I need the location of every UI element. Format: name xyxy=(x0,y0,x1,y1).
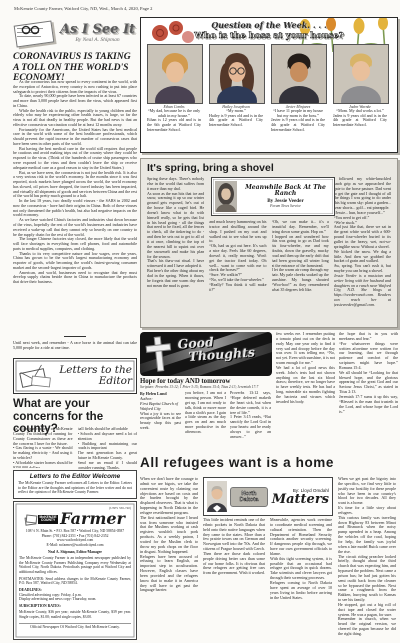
good-thoughts-section: Good Thoughts Hope for today AND tomorro… xyxy=(140,332,398,446)
portrait-photo xyxy=(333,44,389,104)
refugees-middle: North Dakota By: Lloyd Omdahl Matters Th… xyxy=(203,477,333,643)
letters-welcome-body: The McKenzie County Farmer welcomes all … xyxy=(18,481,132,495)
masthead-email: E-Mail: ncfarmer@watfordcitynd.com xyxy=(19,543,131,548)
rates-title: SUBSCRIPTION RATES: xyxy=(19,604,131,609)
column-title: Meanwhile Back At The Ranch xyxy=(240,185,331,198)
divider-rule xyxy=(64,336,86,337)
paragraph: To date, nearly 90,000 people have been … xyxy=(13,94,137,108)
good-thoughts-banner: Good Thoughts xyxy=(140,332,272,376)
gt-column-c: Proverbs 13:12 says, “Hope deferred make… xyxy=(230,391,271,439)
good-thoughts-row: Good Thoughts Hope for today AND tomorro… xyxy=(140,332,398,446)
nd-logo-line2: Dakota xyxy=(231,497,267,503)
letters-welcome-box: Letters to the Editor Welcome The McKenz… xyxy=(13,470,137,499)
spring-columns: Meanwhile Back At The Ranch By Jessie Ve… xyxy=(147,177,391,325)
person-bio: Ethan is 12 years old and is in the 6th … xyxy=(147,118,201,132)
gt-column-right-2: the hope that is in you with meekness an… xyxy=(339,332,398,446)
section-divider xyxy=(13,336,137,337)
question-photo-row: Ethan Combs “My dad, because he is the o… xyxy=(141,41,397,132)
good-thoughts-banner-text: Good Thoughts xyxy=(177,332,255,364)
scripture-line: Scripture: Proverbs 13:12; 1 Peter 3:15;… xyxy=(140,385,272,389)
refugees-middle-columns: This little incident reminds one of the … xyxy=(203,518,333,640)
newspaper-page: McKenzie County Farmer, Watford City, ND… xyxy=(0,0,400,643)
refugees-column-4: When we get past the bigotry into the sp… xyxy=(338,477,396,643)
veeder-byline-box: Meanwhile Back At The Ranch By Jessie Ve… xyxy=(211,177,335,216)
as-i-see-it-title: As I See It xyxy=(58,23,137,36)
gt-column-b: you before, I am not a morning person. W… xyxy=(185,391,226,439)
paragraph: Fortunately for the Americans, the Unite… xyxy=(13,128,137,147)
spring-column-4-text: I followed my white-knuckled knob grip a… xyxy=(334,177,391,274)
logo-mid: COUNTY xyxy=(40,519,57,522)
farmer-masthead-box: (USPS 336-740) McKENZIE COUNTY Farmer 10… xyxy=(13,501,137,640)
gt-byline-block: By Helen Lund Author: First Baptist Chur… xyxy=(140,391,181,411)
concerns-column-2: ball fields should be affordable • Schoo… xyxy=(78,427,138,468)
coronavirus-article-body: As the coronavirus has now spread to eve… xyxy=(13,80,137,332)
person-bio: Jaden is 9 years old and is in the 4th g… xyxy=(333,114,387,128)
paragraph: But, as we have seen, the coronavirus is… xyxy=(13,171,137,200)
as-i-see-it-text: As I See It By Neal A. Shipman xyxy=(58,23,137,43)
veeder-bio: Jessie Veeder is a musician and writer l… xyxy=(334,274,391,308)
paper-sheet xyxy=(26,515,38,524)
letters-welcome-title: Letters to the Editor Welcome xyxy=(18,473,132,480)
person-cell-javier: Javier Minjarez “I have 11 people in my … xyxy=(271,44,325,132)
letters-logo-text: Letters to the Editor xyxy=(54,365,132,387)
paragraph: American, and world, businesses need to … xyxy=(13,271,137,285)
column-service: Forum News Service xyxy=(240,204,331,208)
official-newspaper-line: Official Newspaper Of Watford City And M… xyxy=(19,623,131,630)
person-bio: Hailey is 9 years old and is in the 4th … xyxy=(209,114,263,128)
paragraph: In the last 18 years, two deadly world v… xyxy=(13,199,137,218)
rates-text: McKenzie County, $36 per year; outside M… xyxy=(19,610,131,619)
portrait-photo xyxy=(271,44,327,104)
paragraph: The longer Chinese factories stay closed… xyxy=(13,237,137,251)
paragraph: Thanks to its very competitive nature an… xyxy=(13,252,137,271)
paragraph: While the health risk to the public, esp… xyxy=(13,109,137,128)
as-i-see-it-byline: By Neal A. Shipman xyxy=(58,37,137,43)
spring-headline: It's spring, bring a shovel xyxy=(147,162,391,174)
masthead-postmaster: POSTMASTER: Send address changes to the … xyxy=(19,577,131,586)
jessie-veeder-photo xyxy=(215,181,237,212)
spring-column-section: It's spring, bring a shovel Meanwhile Ba… xyxy=(140,158,398,328)
newspaper-glasses-icon xyxy=(13,19,55,47)
person-cell-ethan: Ethan Combs “My dad, because he is the o… xyxy=(147,44,201,132)
lloyd-omdahl-photo xyxy=(207,481,227,512)
envelope-icon xyxy=(18,363,54,389)
person-bio: Javier is 9 years old and is in the 4th … xyxy=(271,118,325,132)
question-of-week-box: Question of the Week. . . . Who is the b… xyxy=(140,17,398,153)
concerns-column-2-text: ball fields should be affordable • Schoo… xyxy=(78,427,138,471)
veeder-byline-text: Meanwhile Back At The Ranch By Jessie Ve… xyxy=(240,185,331,209)
question-of-week-title: Question of the Week. . . . xyxy=(141,20,397,30)
gt-column-a: By Helen Lund Author: First Baptist Chur… xyxy=(140,391,181,439)
spring-column-1: Spring these days. There's nobody else i… xyxy=(147,177,204,325)
north-dakota-matters-byline-box: North Dakota By: Lloyd Omdahl Matters xyxy=(203,477,333,516)
nd-byline-right: By: Lloyd Omdahl Matters xyxy=(271,488,329,506)
page-header-line: McKenzie County Farmer, Watford City, ND… xyxy=(14,6,274,11)
farmer-logo-name: Farmer xyxy=(60,511,125,527)
eyeglasses-icon xyxy=(21,25,41,35)
newspaper-stack-icon xyxy=(25,514,36,524)
refugees-headline: All refugees want is a home xyxy=(140,455,398,470)
spring-column-4: I followed my white-knuckled knob grip a… xyxy=(334,177,391,325)
refugees-column-3: Meanwhile, agencies work overtime to coo… xyxy=(270,518,332,640)
question-of-week-subtitle: Who is the boss at your house? xyxy=(141,31,397,41)
masthead-publisher-info: The McKenzie County Farmer is an indepen… xyxy=(19,556,131,575)
refugees-column-1: When we don't have the courage to admit … xyxy=(140,477,198,643)
letters-to-editor-logo: Letters to the Editor xyxy=(13,358,137,394)
cross-icon xyxy=(142,334,176,374)
portrait-photo xyxy=(209,44,265,104)
good-thoughts-under-columns: By Helen Lund Author: First Baptist Chur… xyxy=(140,391,272,439)
hope-headline: Hope for today AND tomorrow xyxy=(140,378,272,385)
north-dakota-logo: North Dakota xyxy=(230,487,268,507)
refugees-column-2: This little incident reminds one of the … xyxy=(203,518,265,640)
as-i-see-it-masthead: As I See It By Neal A. Shipman xyxy=(13,15,137,50)
person-cell-jaden: Jaden Warnke “Mom. My dad works a lot.” … xyxy=(333,44,387,132)
refugees-article-body: When we don't have the courage to admit … xyxy=(140,477,398,643)
paragraph: As we have watched China's factories and… xyxy=(13,218,137,237)
paragraph: But having the best medical care in the … xyxy=(13,147,137,171)
farmer-logo: McKENZIE COUNTY Farmer xyxy=(19,511,131,527)
coronavirus-closing-line: Until next week, and remember - A race h… xyxy=(13,341,137,355)
gt-column-a-text: What a joy it was to see recognizable fa… xyxy=(140,412,181,431)
doodle-line xyxy=(17,36,41,37)
mckenzie-county-logo-text: McKENZIE COUNTY xyxy=(38,515,58,524)
letters-logo-line2: Editor xyxy=(54,376,132,387)
gt-column-right-1: few weeks ere. I remember putting a toma… xyxy=(276,332,335,446)
deadline-display: Display advertising and news copy: Thurs… xyxy=(19,597,131,602)
paragraph: As the coronavirus has now spread to eve… xyxy=(13,80,137,94)
concerns-letter-body: As a lifetime resident of McKenzie Count… xyxy=(13,427,137,468)
person-cell-hailey: Hailey Josephson “My mom.” Hailey is 9 y… xyxy=(209,44,263,132)
portrait-photo xyxy=(147,44,203,104)
good-thoughts-left: Good Thoughts Hope for today AND tomorro… xyxy=(140,332,272,446)
gt-byline-org: First Baptist Church of Watford City xyxy=(140,401,181,411)
matters-script: Matters xyxy=(271,493,329,506)
masthead-editor: Neal A. Shipman, Editor/Manager xyxy=(19,550,131,555)
concerns-column-1: As a lifetime resident of McKenzie Count… xyxy=(13,427,73,468)
